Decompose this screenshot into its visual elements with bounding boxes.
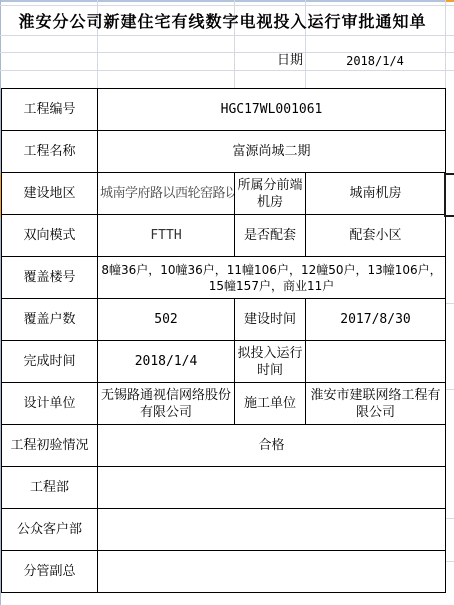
table-row: 建设地区 城南学府路以西轮窑路以南 所属分前端机房 城南机房	[2, 173, 446, 215]
public-customer-dept-label: 公众客户部	[2, 509, 98, 551]
project-name-value[interactable]: 富源尚城二期	[98, 131, 446, 173]
gridline	[446, 518, 454, 519]
table-row: 工程编号 HGC17WL001061	[2, 89, 446, 131]
design-unit-value[interactable]: 无锡路通视信网络股份有限公司	[98, 383, 235, 425]
covered-households-value[interactable]: 502	[98, 299, 235, 341]
table-row: 设计单位 无锡路通视信网络股份有限公司 施工单位 淮安市建联网络工程有限公司	[2, 383, 446, 425]
covered-buildings-value[interactable]: 8幢36户，10幢36户，11幢106户，12幢50户，13幢106户，15幢1…	[98, 257, 446, 299]
table-row: 覆盖楼号 8幢36户，10幢36户，11幢106户，12幢50户，13幢106户…	[2, 257, 446, 299]
planned-operation-label: 拟投入运行时间	[235, 341, 306, 383]
public-customer-dept-signature[interactable]	[98, 509, 446, 551]
supporting-label: 是否配套	[235, 215, 306, 257]
covered-households-label: 覆盖户数	[2, 299, 98, 341]
table-row: 工程名称 富源尚城二期	[2, 131, 446, 173]
initial-inspection-value[interactable]: 合格	[98, 425, 446, 467]
gridline	[0, 70, 454, 71]
build-time-value[interactable]: 2017/8/30	[306, 299, 446, 341]
bidirectional-mode-value[interactable]: FTTH	[98, 215, 235, 257]
covered-buildings-label: 覆盖楼号	[2, 257, 98, 299]
table-row: 覆盖户数 502 建设时间 2017/8/30	[2, 299, 446, 341]
construction-unit-label: 施工单位	[235, 383, 306, 425]
deputy-gm-label: 分管副总	[2, 551, 98, 593]
table-row: 工程初验情况 合格	[2, 425, 446, 467]
engineering-dept-signature[interactable]	[98, 467, 446, 509]
engineering-dept-label: 工程部	[2, 467, 98, 509]
gridline	[445, 0, 446, 88]
design-unit-label: 设计单位	[2, 383, 98, 425]
construction-area-value[interactable]: 城南学府路以西轮窑路以南	[98, 173, 235, 215]
planned-operation-value[interactable]	[306, 341, 446, 383]
deputy-gm-signature[interactable]	[98, 551, 446, 593]
bidirectional-mode-label: 双向模式	[2, 215, 98, 257]
gridline	[446, 303, 454, 304]
supporting-value[interactable]: 配套小区	[306, 215, 446, 257]
column-header-edge	[0, 0, 454, 2]
date-value[interactable]: 2018/1/4	[305, 52, 445, 70]
table-row: 完成时间 2018/1/4 拟投入运行时间	[2, 341, 446, 383]
frontend-room-value[interactable]: 城南机房	[306, 173, 446, 215]
build-time-label: 建设时间	[235, 299, 306, 341]
project-number-label: 工程编号	[2, 89, 98, 131]
gridline	[446, 561, 454, 562]
construction-area-label: 建设地区	[2, 173, 98, 215]
project-name-label: 工程名称	[2, 131, 98, 173]
date-label: 日期	[240, 52, 303, 70]
frontend-room-label: 所属分前端机房	[235, 173, 306, 215]
document-title: 淮安分公司新建住宅有线数字电视投入运行审批通知单	[0, 5, 445, 35]
table-row: 工程部	[2, 467, 446, 509]
table-row: 公众客户部	[2, 509, 446, 551]
project-number-value[interactable]: HGC17WL001061	[98, 89, 446, 131]
approval-form-table: 工程编号 HGC17WL001061 工程名称 富源尚城二期 建设地区 城南学府…	[1, 88, 446, 593]
gridline	[446, 389, 454, 390]
table-row: 分管副总	[2, 551, 446, 593]
completion-time-value[interactable]: 2018/1/4	[98, 341, 235, 383]
construction-unit-value[interactable]: 淮安市建联网络工程有限公司	[306, 383, 446, 425]
selected-column-indicator	[446, 0, 454, 2]
gridline	[0, 35, 454, 36]
initial-inspection-label: 工程初验情况	[2, 425, 98, 467]
cell-selection-box[interactable]	[444, 173, 454, 217]
completion-time-label: 完成时间	[2, 341, 98, 383]
table-row: 双向模式 FTTH 是否配套 配套小区	[2, 215, 446, 257]
